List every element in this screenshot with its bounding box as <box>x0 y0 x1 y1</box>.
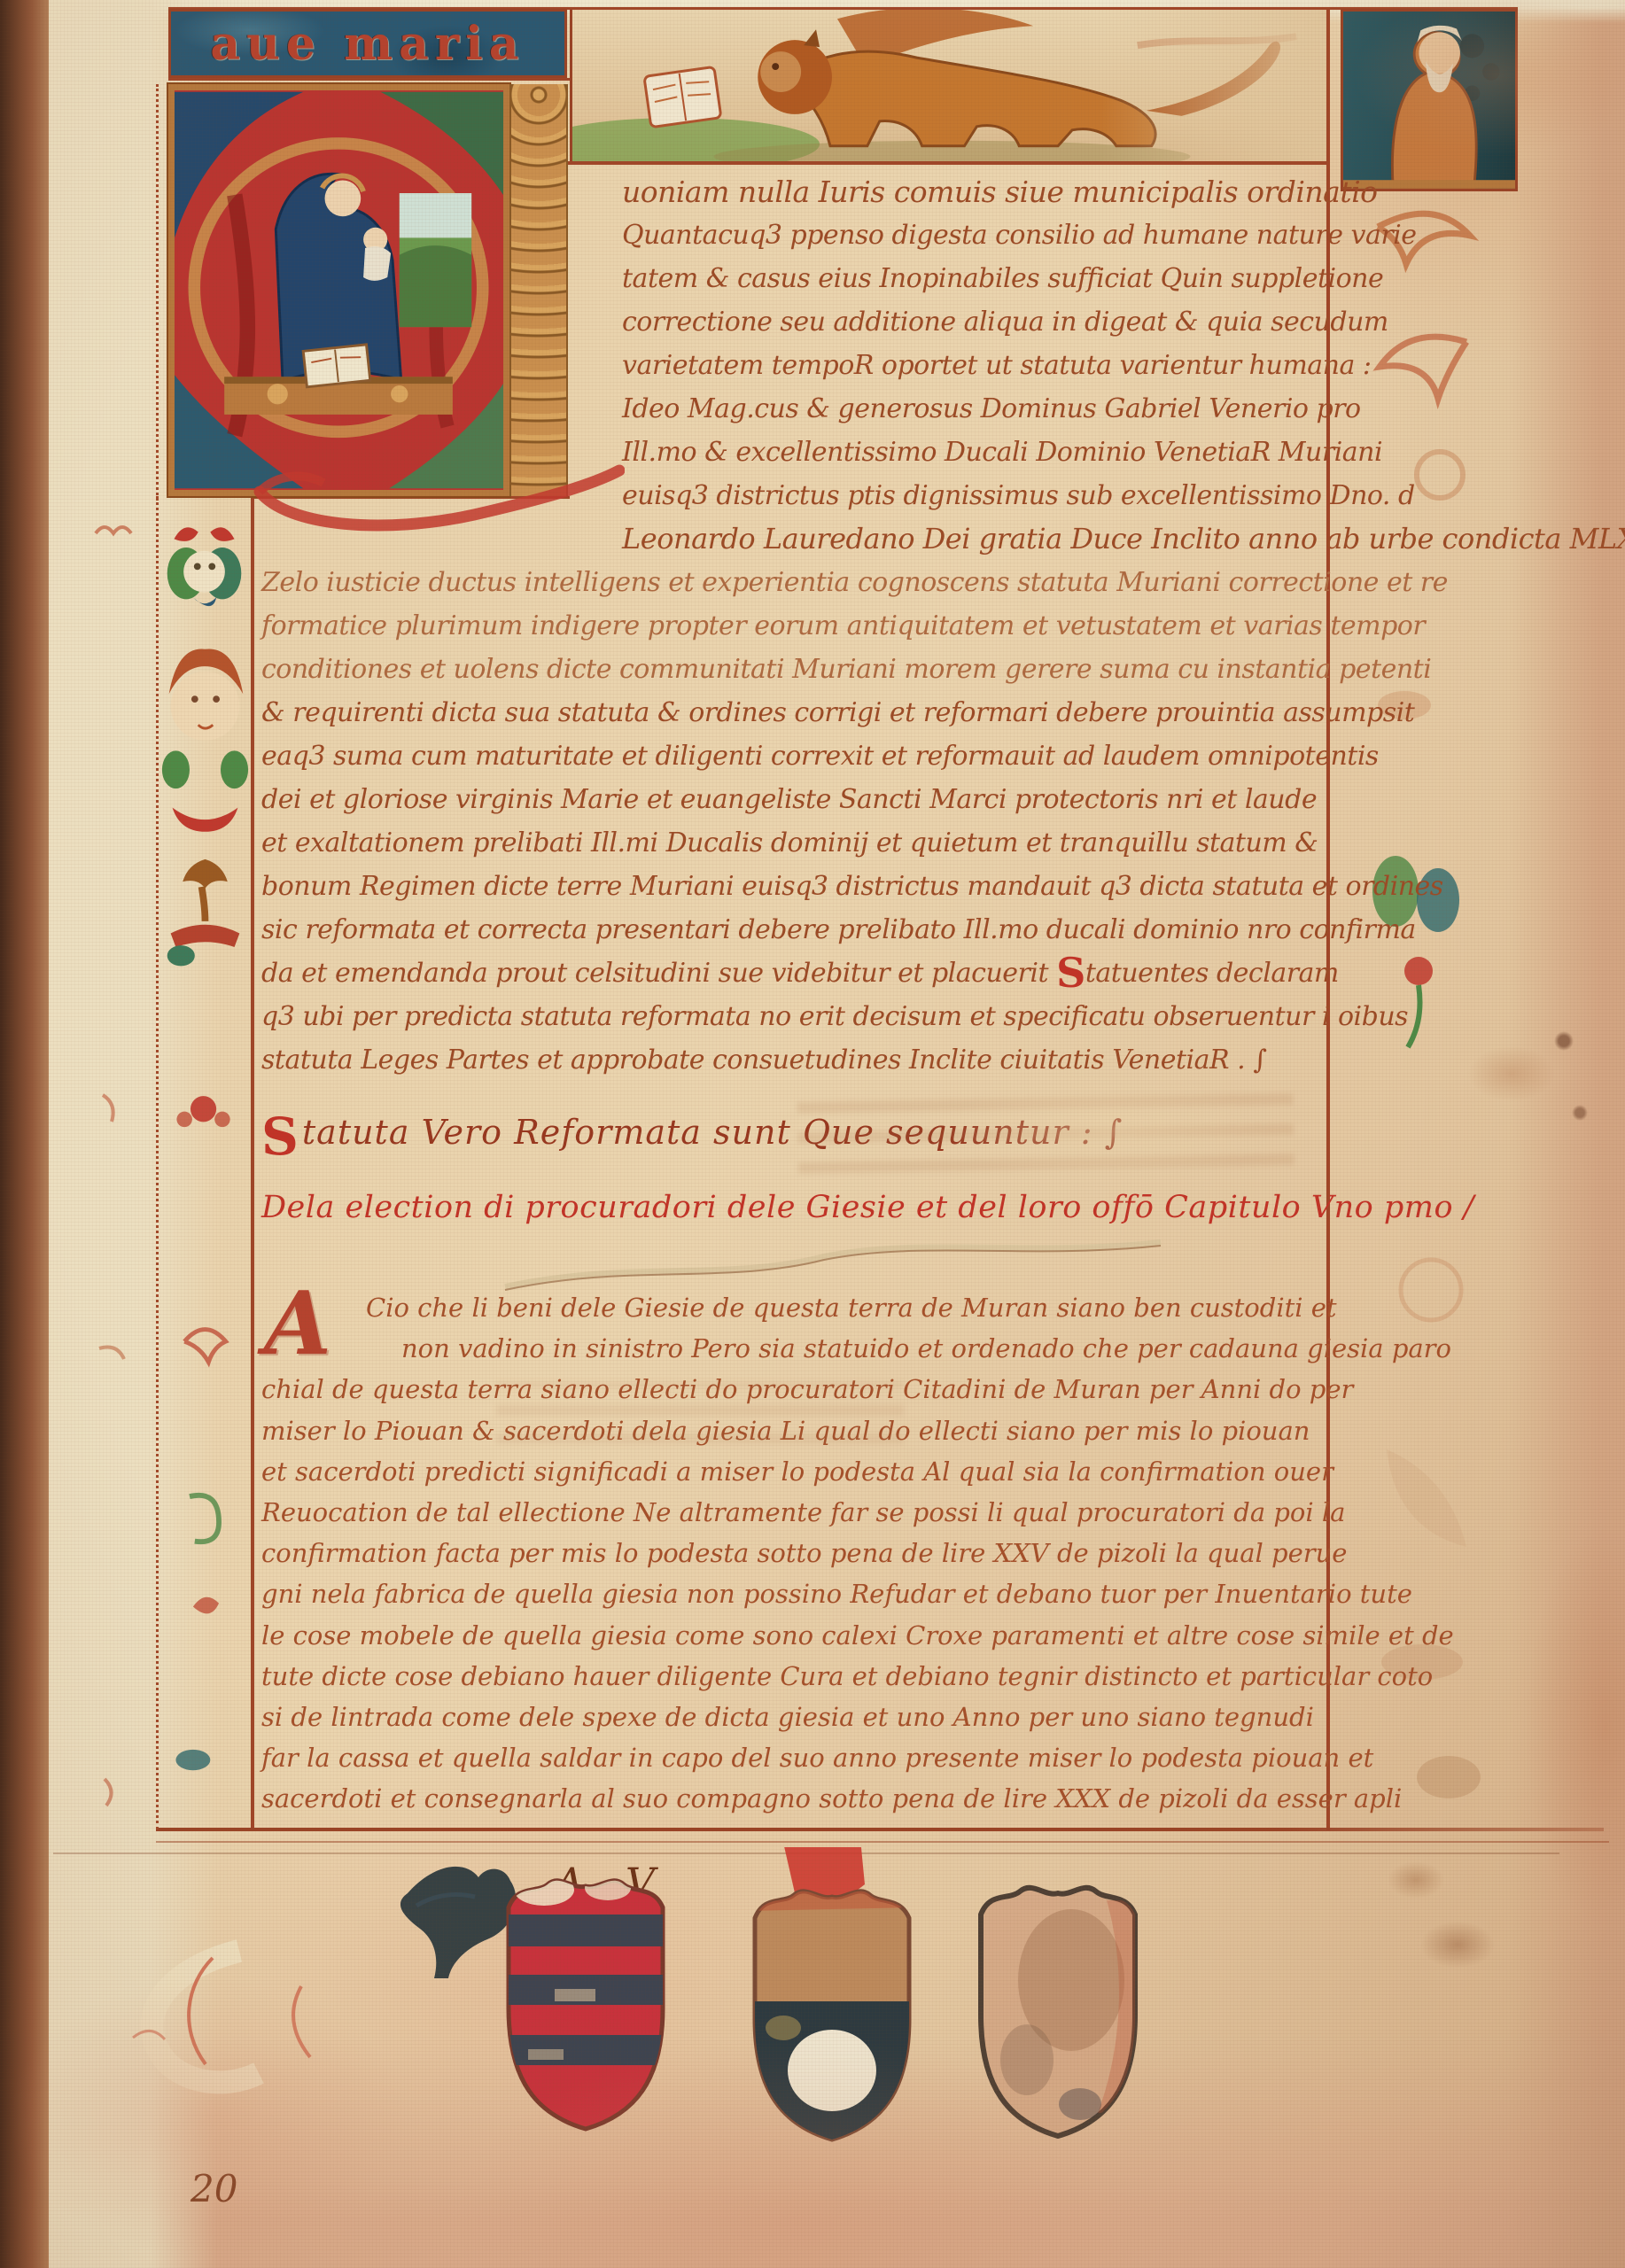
latin-line: Zelo iusticie ductus intelligens et expe… <box>261 561 1329 604</box>
frame-under-banner-rule <box>168 78 570 81</box>
latin-line-with-initial: da et emendanda prout celsitudini sue vi… <box>261 951 1329 995</box>
parchment-crack <box>496 1231 1170 1302</box>
latin-line: q3 ubi per predicta statuta reformata no… <box>261 995 1329 1038</box>
latin-line: sic reformata et correcta presentari deb… <box>261 908 1329 951</box>
ave-maria-banner: aue maria <box>168 9 567 78</box>
latin-line: statuta Leges Partes et approbate consue… <box>261 1038 1329 1082</box>
left-ornament-band <box>156 496 251 1829</box>
chapter-heading-rubric: Dela election di procuradori dele Giesie… <box>261 1190 1329 1234</box>
latin-line-fragment: da et emendanda prout celsitudini sue vi… <box>261 958 1048 989</box>
frame-bottom-rule-2 <box>156 1841 1609 1843</box>
italian-line: chial de questa terra siano ellecti do p… <box>261 1369 1329 1410</box>
latin-line: dei et gloriose virginis Marie et euange… <box>261 778 1329 821</box>
beaded-border-upper <box>156 84 159 501</box>
italian-line: far la cassa et quella saldar in capo de… <box>261 1737 1329 1778</box>
italian-paragraph: Cio che li beni dele Giesie de questa te… <box>261 1287 1329 1820</box>
italian-line: confirmation facta per mis lo podesta so… <box>261 1533 1329 1573</box>
left-ornament-column <box>159 496 251 1829</box>
italian-line: sacerdoti et consegnarla al suo compagno… <box>261 1778 1329 1819</box>
shield-per-fess <box>748 1886 916 2148</box>
latin-line: & requirenti dicta sua statuta & ordines… <box>261 691 1329 734</box>
latin-line: conditiones et uolens dicte communitati … <box>261 648 1329 691</box>
eagle-silhouette <box>400 1867 516 1978</box>
lion-of-st-mark-illustration <box>572 10 1326 161</box>
prophet-illustration <box>1343 12 1515 189</box>
rubric-initial: S <box>261 1107 299 1167</box>
lion-frieze <box>570 10 1326 161</box>
statuta-rubric: Statuta Vero Reformata sunt Que sequuntu… <box>261 1107 1329 1163</box>
shield-barry <box>501 1874 670 2129</box>
latin-line: eaq3 suma cum maturitate et diligenti co… <box>261 734 1329 778</box>
prophet-portrait <box>1341 9 1518 191</box>
heraldic-shields: A V <box>381 1847 1223 2148</box>
initial-wrap-spacer <box>261 170 622 519</box>
latin-line: Leonardo Lauredano Dei gratia Duce Incli… <box>261 517 1329 561</box>
latin-line: bonum Regimen dicte terre Muriani euisq3… <box>261 865 1329 908</box>
margin-sketch <box>80 1931 416 2126</box>
shield-faded <box>981 1888 1135 2136</box>
italian-line: Reuocation de tal ellectione Ne altramen… <box>261 1492 1329 1533</box>
latin-line: et exaltationem prelibati Ill.mi Ducalis… <box>261 821 1329 865</box>
rubric-text: tatuta Vero Reformata sunt Que sequuntur… <box>302 1113 1124 1152</box>
latin-line: formatice plurimum indigere propter eoru… <box>261 604 1329 648</box>
statuentes-initial: S <box>1056 949 1085 997</box>
italian-line: le cose mobele de quella giesia come son… <box>261 1615 1329 1656</box>
margin-pen-trials <box>82 496 152 1825</box>
book-spine-edge <box>0 0 51 2268</box>
frame-left-rule <box>251 496 254 1829</box>
ave-maria-text: aue maria <box>210 17 525 71</box>
italian-line: miser lo Piouan & sacerdoti dela giesia … <box>261 1410 1329 1451</box>
italian-initial-a: A <box>264 1281 331 1368</box>
statuentes-rest: tatuentes declaram <box>1085 958 1339 989</box>
italian-line: si de lintrada come dele spexe de dicta … <box>261 1697 1329 1737</box>
page-number: 20 <box>190 2167 237 2210</box>
italian-line: tute dicte cose debiano hauer diligente … <box>261 1656 1329 1697</box>
text-block: uoniam nulla Iuris comuis siue municipal… <box>261 170 1329 1836</box>
frame-under-lion-rule <box>567 161 1330 165</box>
manuscript-page-photo: aue maria <box>0 0 1625 2268</box>
italian-line: gni nela fabrica de quella giesia non po… <box>261 1573 1329 1614</box>
italian-line: et sacerdoti predicti significadi a mise… <box>261 1451 1329 1492</box>
italian-line: non vadino in sinistro Pero sia statuido… <box>401 1328 1329 1369</box>
